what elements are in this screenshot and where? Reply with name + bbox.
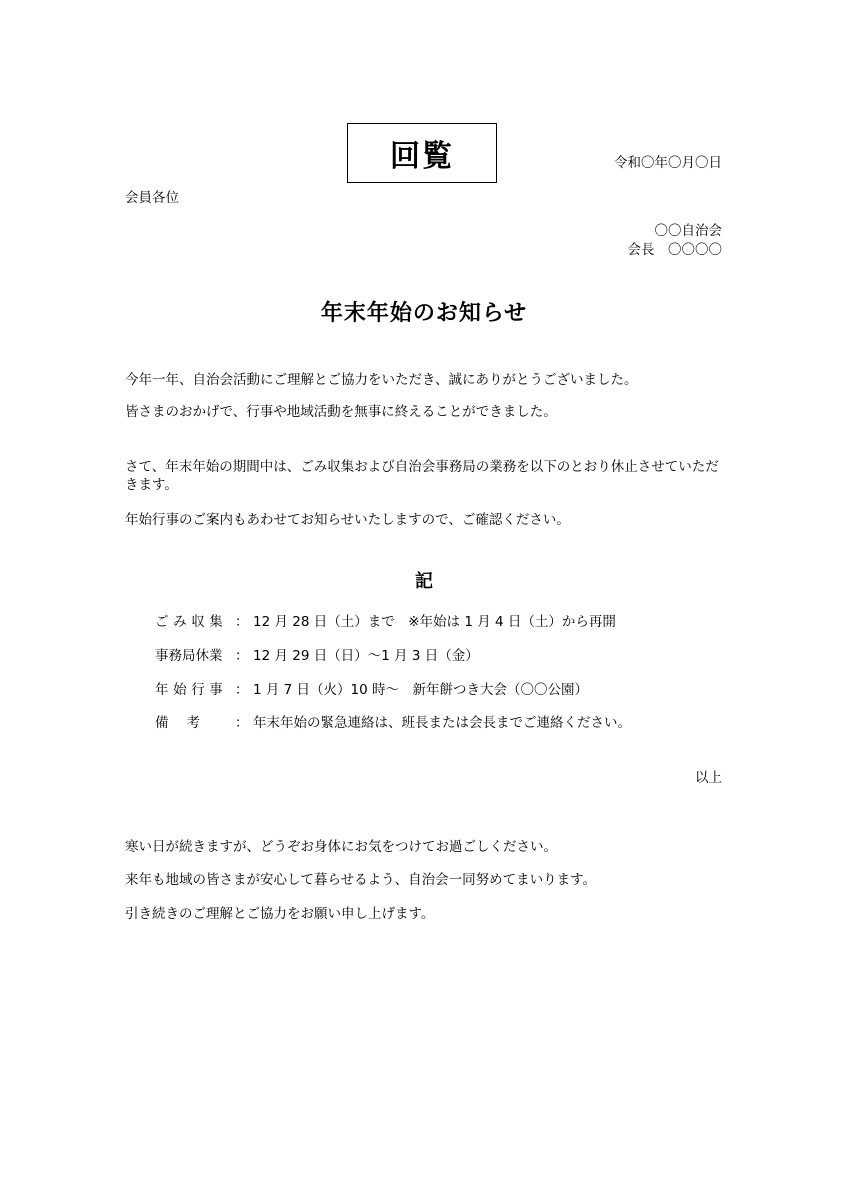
intro-line-1: 今年一年、自治会活動にご理解とご協力をいただき、誠にありがとうございました。	[125, 371, 725, 389]
record-item-remarks: 備考 ： 年末年始の緊急連絡は、班長または会長までご連絡ください。	[155, 711, 631, 731]
record-item-colon: ：	[235, 711, 253, 731]
circulation-box: 回覧	[347, 123, 497, 183]
record-item-new-year-event: 年始行事 ： 1 月 7 日（火）10 時～ 新年餅つき大会（〇〇公園）	[155, 678, 588, 698]
sender-organization: 〇〇自治会	[655, 219, 723, 239]
record-closing: 以上	[695, 766, 722, 786]
closing-line-1: 寒い日が続きますが、どうぞお身体にお気をつけてお過ごしください。	[125, 838, 725, 856]
record-item-label: 年始行事	[155, 678, 235, 698]
record-item-colon: ：	[235, 644, 253, 664]
record-item-value: 年末年始の緊急連絡は、班長または会長までご連絡ください。	[253, 711, 631, 731]
record-item-garbage: ごみ収集 ： 12 月 28 日（土）まで ※年始は 1 月 4 日（土）から再…	[155, 610, 616, 630]
notice-paragraph-1: さて、年末年始の期間中は、ごみ収集および自治会事務局の業務を以下のとおり休止させ…	[125, 458, 723, 494]
record-item-value: 12 月 28 日（土）まで ※年始は 1 月 4 日（土）から再開	[253, 610, 616, 630]
document-title: 年末年始のお知らせ	[0, 296, 848, 327]
circulation-label: 回覧	[390, 131, 454, 175]
record-item-value: 1 月 7 日（火）10 時～ 新年餅つき大会（〇〇公園）	[253, 678, 588, 698]
record-item-label: 備考	[155, 711, 235, 731]
intro-line-2: 皆さまのおかげで、行事や地域活動を無事に終えることができました。	[125, 403, 725, 421]
document-date: 令和〇年〇月〇日	[614, 151, 722, 171]
closing-line-3: 引き続きのご理解とご協力をお願い申し上げます。	[125, 905, 725, 923]
closing-line-2: 来年も地域の皆さまが安心して暮らせるよう、自治会一同努めてまいります。	[125, 871, 725, 889]
record-item-label: ごみ収集	[155, 610, 235, 630]
record-item-label: 事務局休業	[155, 644, 235, 664]
record-heading: 記	[0, 567, 848, 593]
notice-paragraph-2: 年始行事のご案内もあわせてお知らせいたしますので、ご確認ください。	[125, 511, 725, 529]
document-page: 回覧 令和〇年〇月〇日 会員各位 〇〇自治会 会長 〇〇〇〇 年末年始のお知らせ…	[0, 0, 848, 1200]
record-item-colon: ：	[235, 678, 253, 698]
record-item-value: 12 月 29 日（日）～1 月 3 日（金）	[253, 644, 479, 664]
addressee: 会員各位	[125, 186, 179, 206]
record-item-office-closure: 事務局休業 ： 12 月 29 日（日）～1 月 3 日（金）	[155, 644, 479, 664]
sender-name: 会長 〇〇〇〇	[628, 238, 723, 258]
record-item-colon: ：	[235, 610, 253, 630]
